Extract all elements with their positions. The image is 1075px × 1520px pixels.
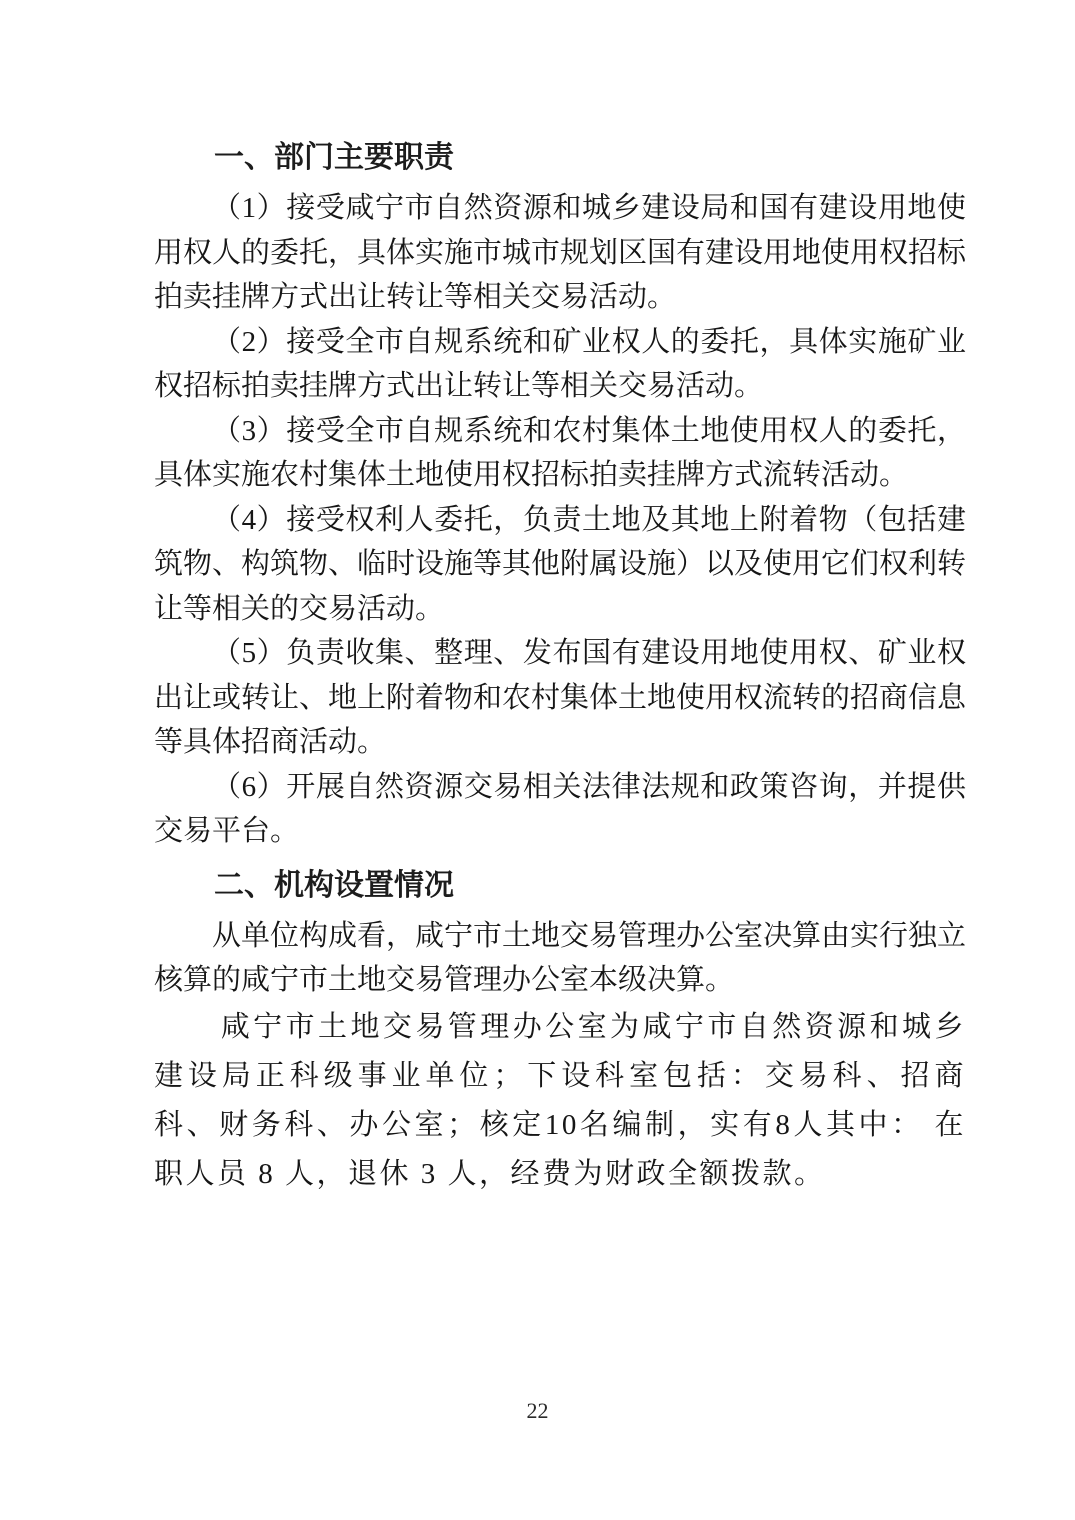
section-1-paragraph-6: （6）开展自然资源交易相关法律法规和政策咨询，并提供交易平台。	[154, 765, 966, 854]
section-1-paragraph-4: （4）接受权利人委托，负责土地及其地上附着物（包括建筑物、构筑物、临时设施等其他…	[154, 498, 966, 632]
document-content: 一、部门主要职责 （1）接受咸宁市自然资源和城乡建设局和国有建设用地使用权人的委…	[154, 136, 966, 1199]
page-number: 22	[0, 1398, 1075, 1424]
section-1-paragraph-2: （2）接受全市自规系统和矿业权人的委托，具体实施矿业权招标拍卖挂牌方式出让转让等…	[154, 320, 966, 409]
section-2-heading: 二、机构设置情况	[154, 864, 966, 908]
section-2-paragraph-2: 咸宁市土地交易管理办公室为咸宁市自然资源和城乡建设局正科级事业单位；下设科室包括…	[154, 1003, 966, 1199]
section-1-paragraph-1: （1）接受咸宁市自然资源和城乡建设局和国有建设用地使用权人的委托，具体实施市城市…	[154, 186, 966, 320]
section-1-paragraph-3: （3）接受全市自规系统和农村集体土地使用权人的委托，具体实施农村集体土地使用权招…	[154, 409, 966, 498]
section-1-heading: 一、部门主要职责	[154, 136, 966, 180]
document-page: 一、部门主要职责 （1）接受咸宁市自然资源和城乡建设局和国有建设用地使用权人的委…	[0, 0, 1075, 1520]
section-2-paragraph-1: 从单位构成看，咸宁市土地交易管理办公室决算由实行独立核算的咸宁市土地交易管理办公…	[154, 914, 966, 1003]
section-1-paragraph-5: （5）负责收集、整理、发布国有建设用地使用权、矿业权出让或转让、地上附着物和农村…	[154, 631, 966, 765]
